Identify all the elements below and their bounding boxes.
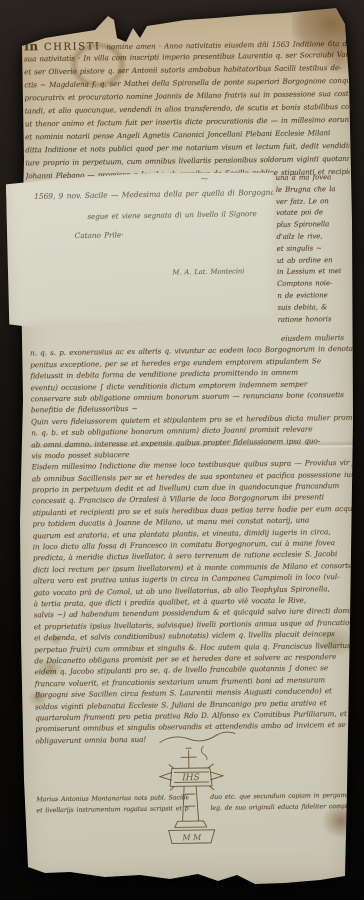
manuscript-paper-shadow: In CHRISTI nomine amen · Anno nativitati… — [0, 0, 364, 900]
main-text-block: eiusdem mulierisn. q. s. p. exonerasius … — [30, 332, 362, 747]
attestation-line: et livellarijs instrumentum rogatus scri… — [36, 803, 188, 816]
notary-cross — [181, 748, 197, 768]
ihs-monogram-text: IHS — [181, 773, 200, 783]
photo-backdrop: In CHRISTI nomine amen · Anno nativitati… — [0, 0, 364, 900]
slip-signature: M. A. Lat. Montecini — [172, 267, 244, 276]
manuscript-paper: In CHRISTI nomine amen · Anno nativitati… — [14, 2, 356, 888]
slip-note-line-1: 1569, 9 nov. Sacile — Medesima della per… — [34, 188, 275, 201]
mm-initials-text: M M — [181, 833, 202, 842]
column-pedestal — [175, 821, 207, 827]
slip-corner-mark: ⁓ — [201, 175, 208, 183]
manuscript-line: ratione honoris — [278, 313, 358, 326]
right-margin-column: una ā ma foveale Brugna che laver fatz. … — [276, 172, 358, 326]
attestation-left: Marius Antonius Montanarius nots publ. S… — [36, 792, 188, 816]
slip-note-line-2: segue et viene segnata di un livello il … — [87, 209, 256, 221]
archival-slip: ⁓ 1569, 9 nov. Sacile — Medesima della p… — [5, 168, 280, 331]
attestation-line: leg. de suo originali educta fideliter c… — [210, 801, 362, 814]
upper-text-block: sua nativitatis · In villa com inscripti… — [24, 48, 350, 183]
slip-note-line-3: Catano Prile· — [75, 230, 124, 240]
attestation-right: duo etc. que secundum copiam in pergamen… — [210, 790, 362, 814]
